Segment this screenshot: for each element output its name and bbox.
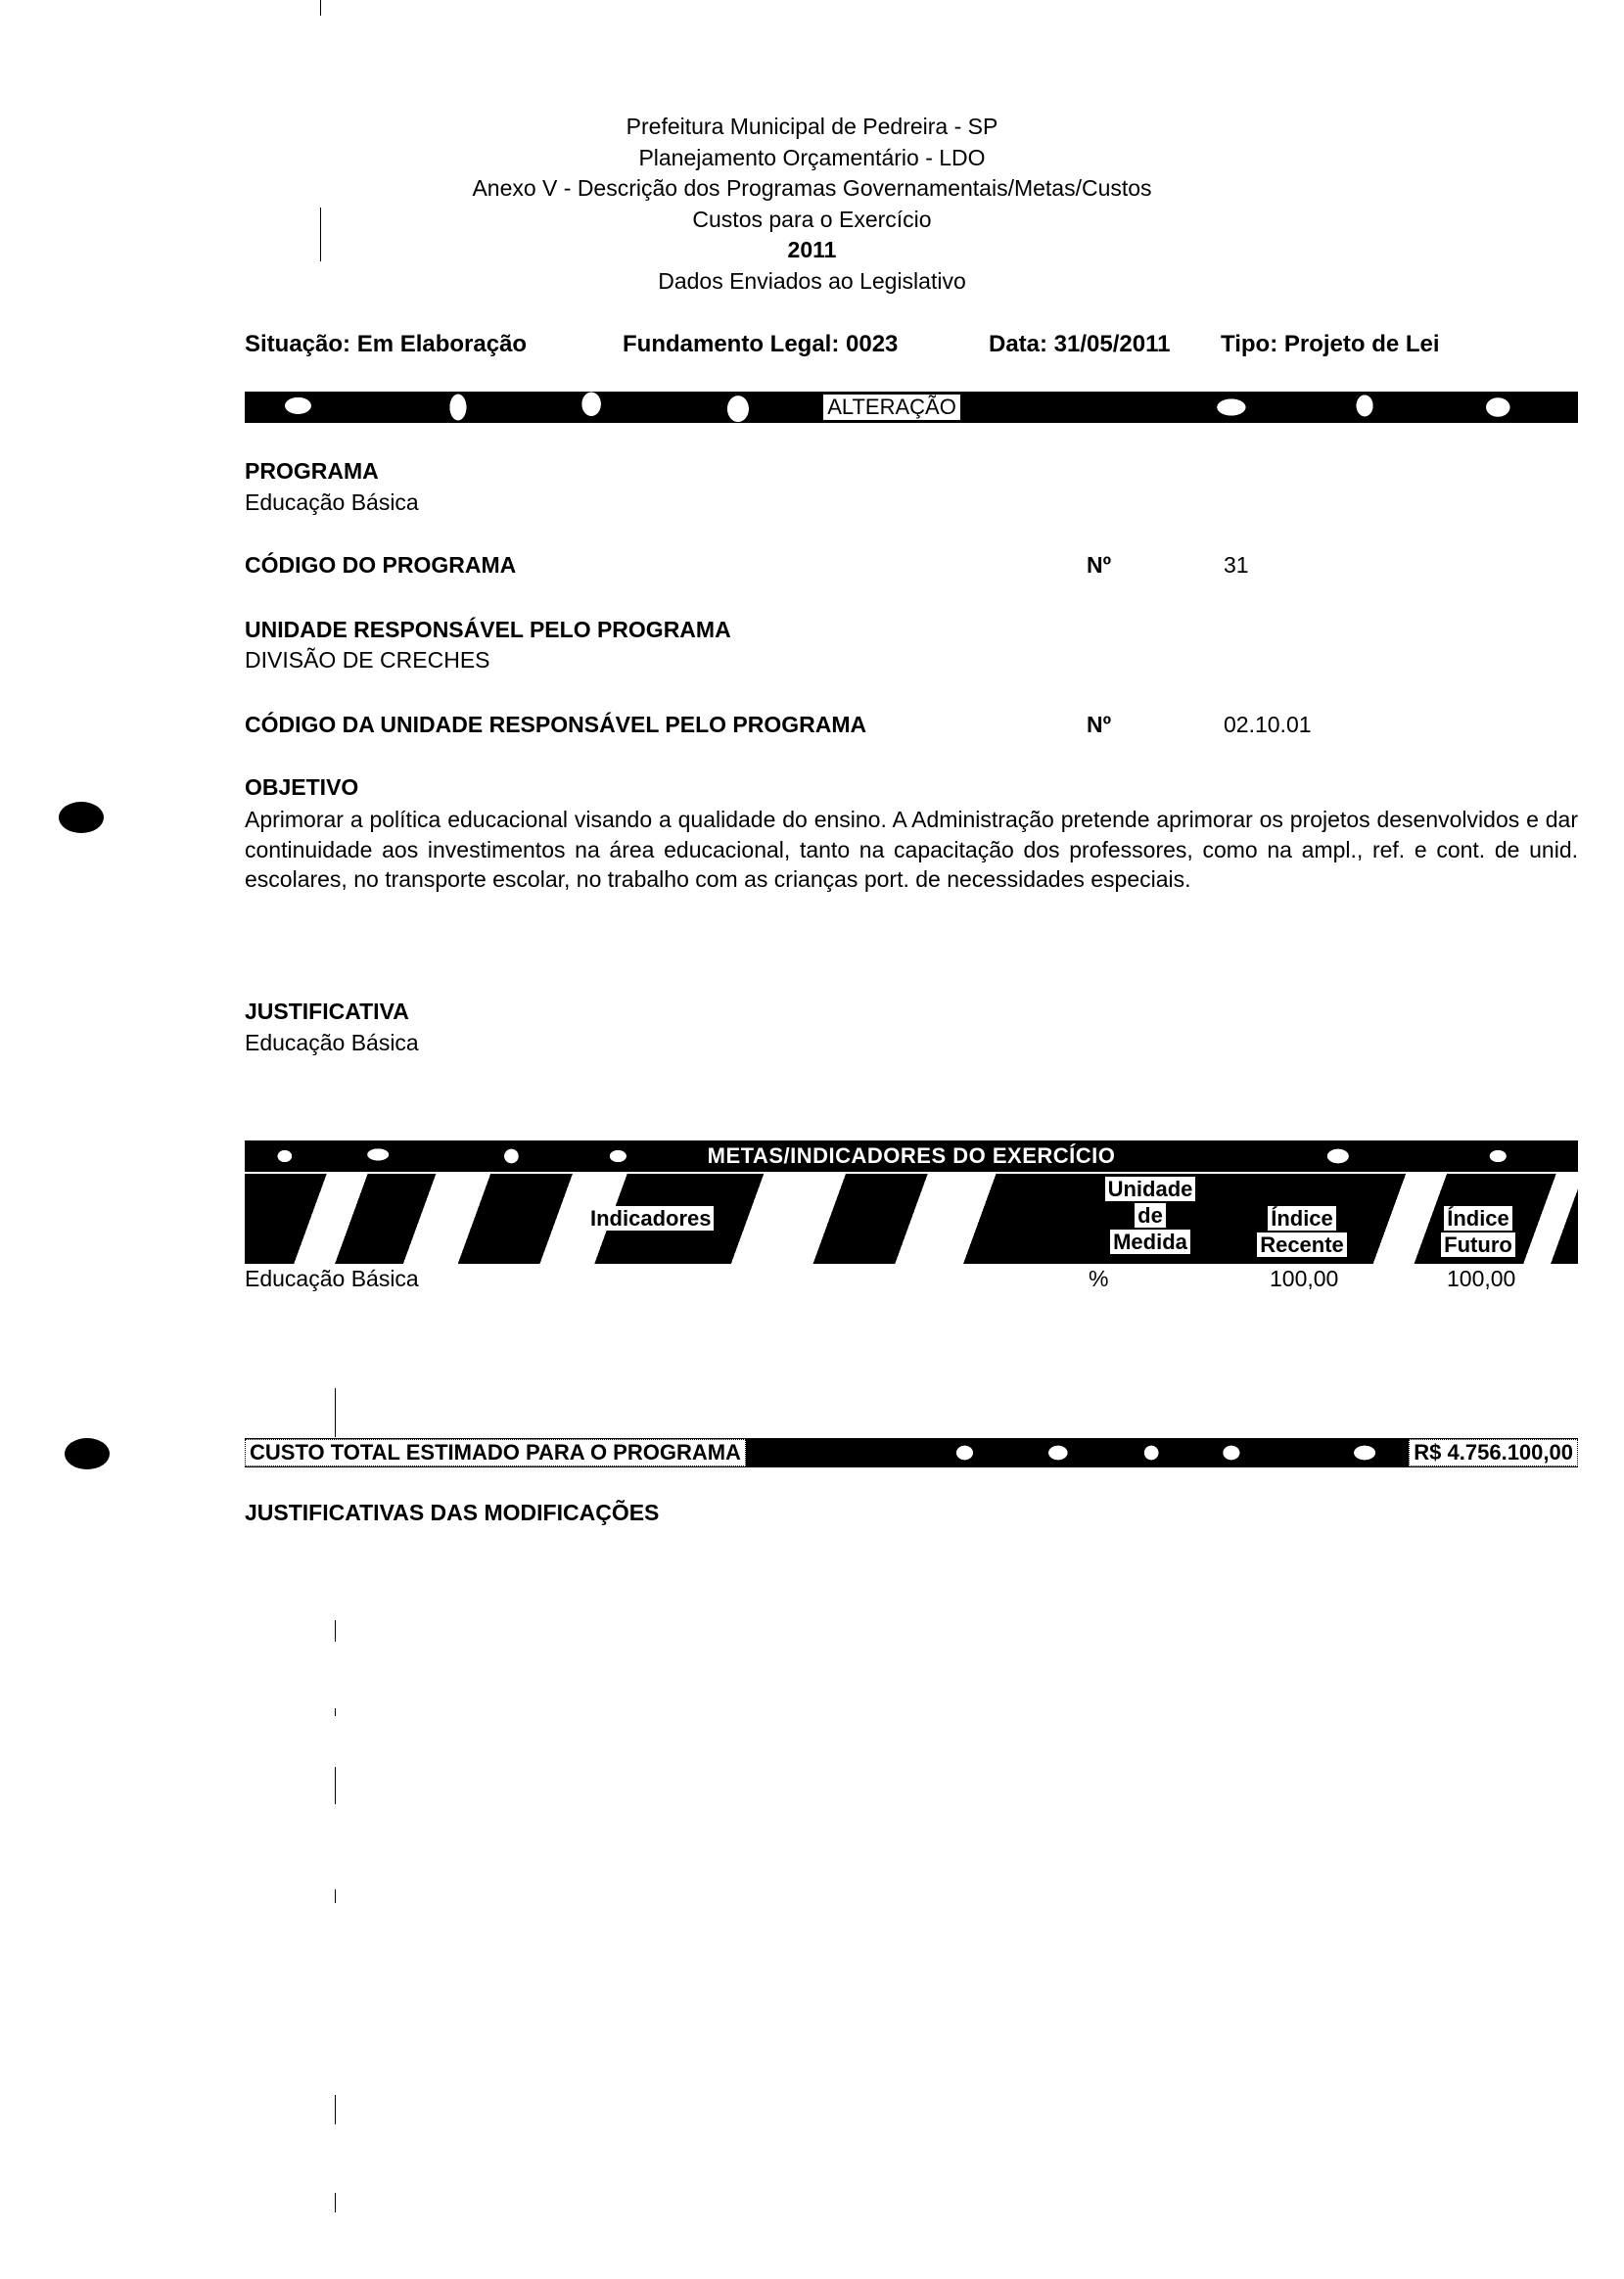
justificativa-label: JUSTIFICATIVA: [245, 999, 409, 1025]
justificativas-modificacoes-label: JUSTIFICATIVAS DAS MODIFICAÇÕES: [245, 1500, 659, 1526]
unidade-label: UNIDADE RESPONSÁVEL PELO PROGRAMA: [245, 617, 731, 643]
scan-mark: [335, 2095, 336, 2124]
metas-title: METAS/INDICADORES DO EXERCÍCIO: [708, 1143, 1116, 1169]
col-indice-futuro: Índice Futuro: [1424, 1205, 1532, 1258]
metas-header: Indicadores Unidade de Medida Índice Rec…: [245, 1174, 1578, 1264]
programa-label: PROGRAMA: [245, 458, 379, 485]
codigo-programa-label: CÓDIGO DO PROGRAMA: [245, 552, 516, 579]
objetivo-text: Aprimorar a política educacional visando…: [245, 805, 1578, 895]
tipo: Tipo: Projeto de Lei: [1221, 331, 1440, 358]
scan-mark: [335, 1620, 336, 1642]
custo-total-value: R$ 4.756.100,00: [1409, 1439, 1578, 1466]
row-recente: 100,00: [1270, 1266, 1338, 1292]
codigo-unidade-value: 02.10.01: [1224, 712, 1312, 738]
data: Data: 31/05/2011: [989, 331, 1170, 358]
col-indice-recente: Índice Recente: [1243, 1205, 1361, 1258]
header-line: Prefeitura Municipal de Pedreira - SP: [0, 112, 1624, 143]
alteracao-bar: ALTERAÇÃO: [245, 392, 1578, 423]
metas-title-bar: METAS/INDICADORES DO EXERCÍCIO: [245, 1140, 1578, 1172]
row-futuro: 100,00: [1447, 1266, 1515, 1292]
codigo-unidade-no: Nº: [1087, 712, 1111, 738]
metas-table: METAS/INDICADORES DO EXERCÍCIO Indicador…: [245, 1140, 1578, 1293]
table-row: Educação Básica % 100,00 100,00: [245, 1264, 1578, 1293]
situacao: Situação: Em Elaboração: [245, 331, 527, 358]
scan-mark: [320, 0, 321, 16]
scan-mark: [335, 1767, 336, 1804]
scan-mark: [335, 2193, 336, 2212]
header-line: Anexo V - Descrição dos Programas Govern…: [0, 173, 1624, 205]
punch-hole-top: [59, 802, 104, 833]
objetivo-label: OBJETIVO: [245, 774, 358, 801]
scan-mark: [335, 1708, 336, 1716]
alteracao-label: ALTERAÇÃO: [823, 395, 960, 420]
scan-mark: [335, 1388, 336, 1437]
row-unidade: %: [1089, 1266, 1108, 1292]
punch-hole-bottom: [65, 1438, 110, 1469]
programa-value: Educação Básica: [245, 489, 419, 516]
header-subtitle: Dados Enviados ao Legislativo: [0, 266, 1624, 298]
header-line: Planejamento Orçamentário - LDO: [0, 143, 1624, 174]
scan-mark: [335, 1889, 336, 1903]
header-line: Custos para o Exercício: [0, 205, 1624, 236]
codigo-programa-value: 31: [1224, 552, 1249, 579]
unidade-value: DIVISÃO DE CRECHES: [245, 647, 490, 674]
codigo-unidade-label: CÓDIGO DA UNIDADE RESPONSÁVEL PELO PROGR…: [245, 712, 866, 738]
row-indicador: Educação Básica: [245, 1266, 419, 1292]
justificativa-value: Educação Básica: [245, 1030, 419, 1056]
codigo-programa-no: Nº: [1087, 552, 1111, 579]
custo-total-label: CUSTO TOTAL ESTIMADO PARA O PROGRAMA: [245, 1439, 746, 1466]
col-indicadores: Indicadores: [587, 1205, 714, 1232]
header-year: 2011: [0, 235, 1624, 266]
custo-total-bar: CUSTO TOTAL ESTIMADO PARA O PROGRAMA R$ …: [245, 1438, 1578, 1467]
document-header: Prefeitura Municipal de Pedreira - SP Pl…: [0, 112, 1624, 297]
fundamento-legal: Fundamento Legal: 0023: [623, 331, 898, 358]
col-unidade-medida: Unidade de Medida: [1096, 1176, 1204, 1255]
